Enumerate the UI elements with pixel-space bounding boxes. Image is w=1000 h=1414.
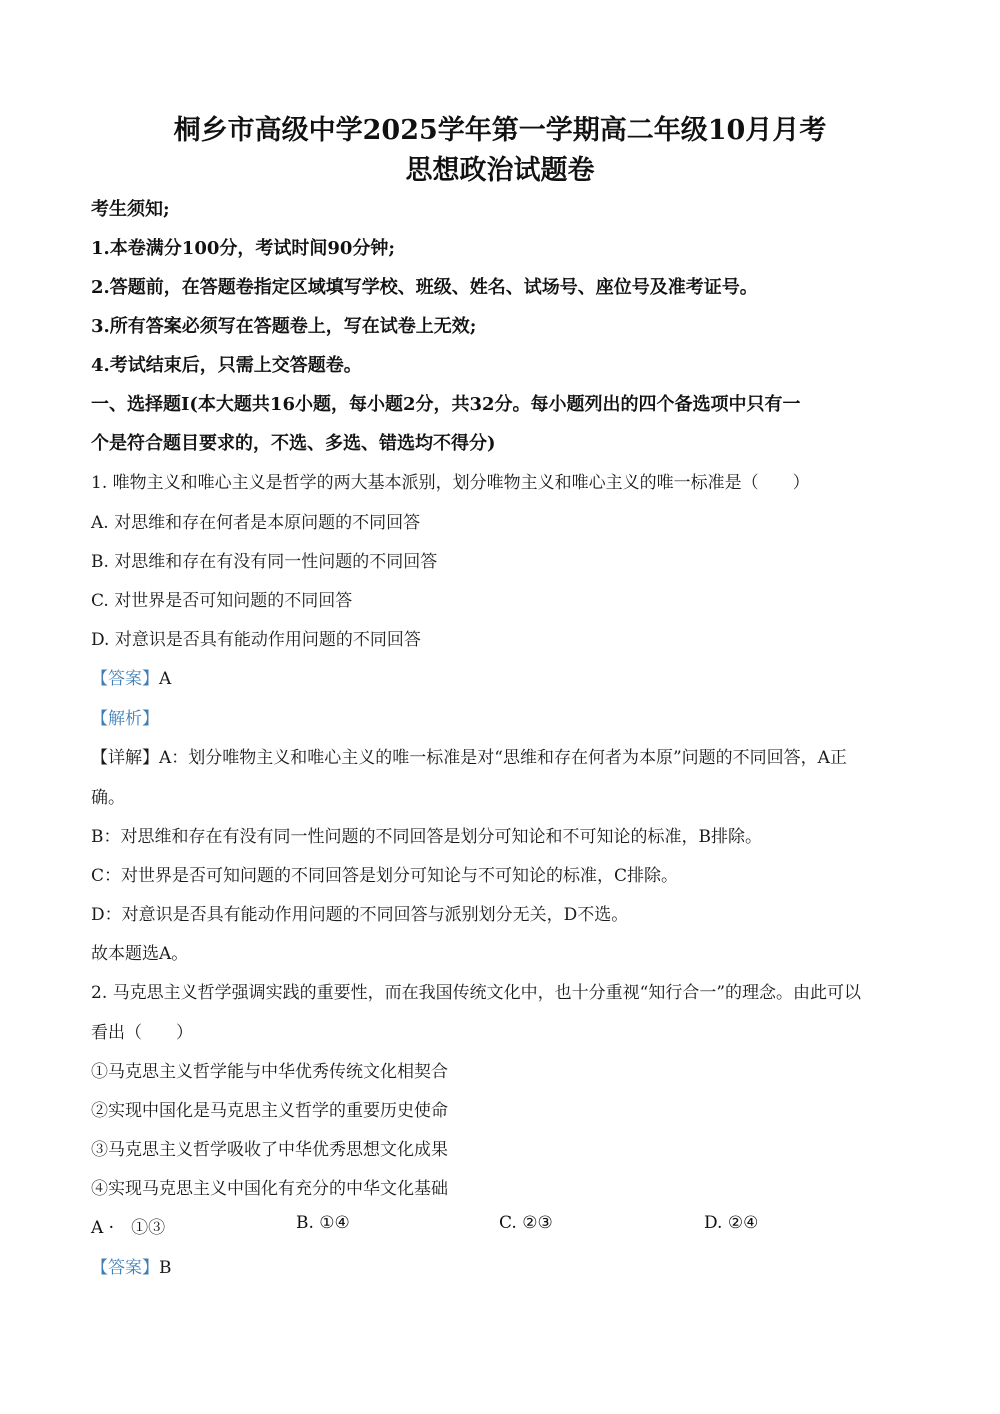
question-1-option-b: B. 对思维和存在有没有同一性问题的不同回答 <box>91 547 437 572</box>
answer-value: A <box>159 669 171 689</box>
question-2-choice-a: A · ①③ <box>91 1213 165 1238</box>
question-2-choices: A · ①③ B. ①④ C. ②③ D. ②④ <box>91 1213 811 1239</box>
question-1-detail-b: B：对思维和存在有没有同一性问题的不同回答是划分可知论和不可知论的标准，B排除。 <box>91 822 762 847</box>
question-1-detail-line1: 【详解】A：划分唯物主义和唯心主义的唯一标准是对“思维和存在何者为本原”问题的不… <box>91 743 847 768</box>
notice-item-1: 1.本卷满分100分，考试时间90分钟; <box>91 234 395 260</box>
question-1-answer: 【答案】A <box>91 664 171 689</box>
question-1-conclusion: 故本题选A。 <box>91 939 188 964</box>
answer-value: B <box>159 1258 172 1278</box>
question-1-option-a: A. 对思维和存在何者是本原问题的不同回答 <box>91 508 420 533</box>
question-2-statement-2: ②实现中国化是马克思主义哲学的重要历史使命 <box>91 1096 448 1121</box>
question-2-statement-4: ④实现马克思主义中国化有充分的中华文化基础 <box>91 1174 448 1199</box>
notice-item-3: 3.所有答案必须写在答题卷上，写在试卷上无效; <box>91 312 476 338</box>
question-1-detail-c: C：对世界是否可知问题的不同回答是划分可知论与不可知论的标准，C排除。 <box>91 861 678 886</box>
exam-title: 桐乡市高级中学2025学年第一学期高二年级10月月考 <box>0 108 1000 147</box>
notice-item-4: 4.考试结束后，只需上交答题卷。 <box>91 351 362 377</box>
answer-tag: 【答案】 <box>91 1258 159 1278</box>
section-heading-line2: 个是符合题目要求的，不选、多选、错选均不得分) <box>91 429 496 455</box>
question-1-detail-line2: 确。 <box>91 783 125 808</box>
detail-tag: 【详解】 <box>91 748 159 768</box>
question-2-choice-c: C. ②③ <box>499 1213 553 1233</box>
question-1-option-d: D. 对意识是否具有能动作用问题的不同回答 <box>91 625 421 650</box>
answer-tag: 【答案】 <box>91 669 159 689</box>
question-2-statement-3: ③马克思主义哲学吸收了中华优秀思想文化成果 <box>91 1135 448 1160</box>
detail-text: A：划分唯物主义和唯心主义的唯一标准是对“思维和存在何者为本原”问题的不同回答，… <box>159 748 847 768</box>
question-1-stem: 1. 唯物主义和唯心主义是哲学的两大基本派别，划分唯物主义和唯心主义的唯一标准是… <box>91 468 810 493</box>
question-1-option-c: C. 对世界是否可知问题的不同回答 <box>91 586 352 611</box>
question-2-statement-1: ①马克思主义哲学能与中华优秀传统文化相契合 <box>91 1057 448 1082</box>
question-2-stem-line1: 2. 马克思主义哲学强调实践的重要性，而在我国传统文化中，也十分重视“知行合一”… <box>91 978 861 1003</box>
notice-item-2: 2.答题前，在答题卷指定区域填写学校、班级、姓名、试场号、座位号及准考证号。 <box>91 273 758 299</box>
question-2-choice-b: B. ①④ <box>296 1213 350 1233</box>
question-2-stem-line2: 看出（ ） <box>91 1018 193 1043</box>
question-2-choice-d: D. ②④ <box>704 1213 758 1233</box>
question-1-analysis-tag: 【解析】 <box>91 704 159 729</box>
notice-heading: 考生须知; <box>91 195 170 221</box>
exam-subtitle: 思想政治试题卷 <box>0 148 1000 187</box>
question-1-detail-d: D：对意识是否具有能动作用问题的不同回答与派别划分无关，D不选。 <box>91 900 628 925</box>
question-2-answer: 【答案】B <box>91 1253 172 1278</box>
exam-page: 桐乡市高级中学2025学年第一学期高二年级10月月考 思想政治试题卷 考生须知;… <box>0 0 1000 1414</box>
section-heading-line1: 一、选择题I(本大题共16小题，每小题2分，共32分。每小题列出的四个备选项中只… <box>91 390 801 416</box>
